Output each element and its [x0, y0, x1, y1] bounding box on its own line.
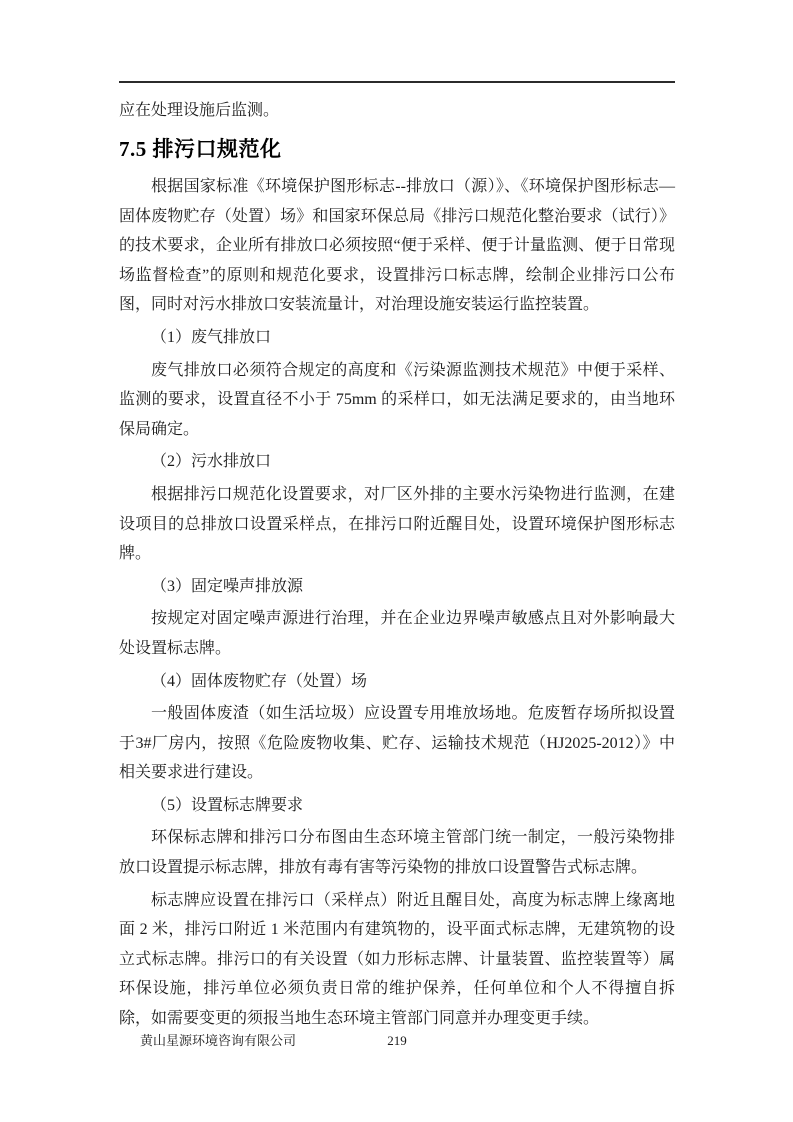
paragraph: 标志牌应设置在排污口（采样点）附近且醒目处，高度为标志牌上缘离地面 2 米，排污…	[119, 886, 675, 1034]
page-content: 应在处理设施后监测。 7.5 排污口规范化 根据国家标准《环境保护图形标志--排…	[119, 96, 675, 1037]
page-footer: 219 黄山星源环境咨询有限公司	[119, 1031, 675, 1051]
list-item-heading: （3）固定噪声排放源	[119, 572, 675, 602]
paragraph: 按规定对固定噪声源进行治理，并在企业边界噪声敏感点且对外影响最大处设置标志牌。	[119, 604, 675, 663]
list-item-heading: （1）废气排放口	[119, 323, 675, 353]
continuation-paragraph: 应在处理设施后监测。	[119, 96, 675, 126]
header-rule	[119, 81, 675, 83]
list-item-heading: （4）固体废物贮存（处置）场	[119, 667, 675, 697]
section-heading: 7.5 排污口规范化	[119, 136, 675, 163]
paragraph: 一般固体废渣（如生活垃圾）应设置专用堆放场地。危废暂存场所拟设置于3#厂房内，按…	[119, 699, 675, 788]
paragraph: 根据排污口规范化设置要求，对厂区外排的主要水污染物进行监测，在建设项目的总排放口…	[119, 480, 675, 569]
paragraph: 根据国家标准《环境保护图形标志--排放口（源）》、《环境保护图形标志—固体废物贮…	[119, 172, 675, 320]
list-item-heading: （2）污水排放口	[119, 447, 675, 477]
document-page: 应在处理设施后监测。 7.5 排污口规范化 根据国家标准《环境保护图形标志--排…	[0, 0, 793, 1122]
footer-page-number: 219	[119, 1031, 675, 1051]
paragraph: 环保标志牌和排污口分布图由生态环境主管部门统一制定，一般污染物排放口设置提示标志…	[119, 823, 675, 882]
list-item-heading: （5）设置标志牌要求	[119, 791, 675, 821]
paragraph: 废气排放口必须符合规定的高度和《污染源监测技术规范》中便于采样、监测的要求，设置…	[119, 356, 675, 445]
